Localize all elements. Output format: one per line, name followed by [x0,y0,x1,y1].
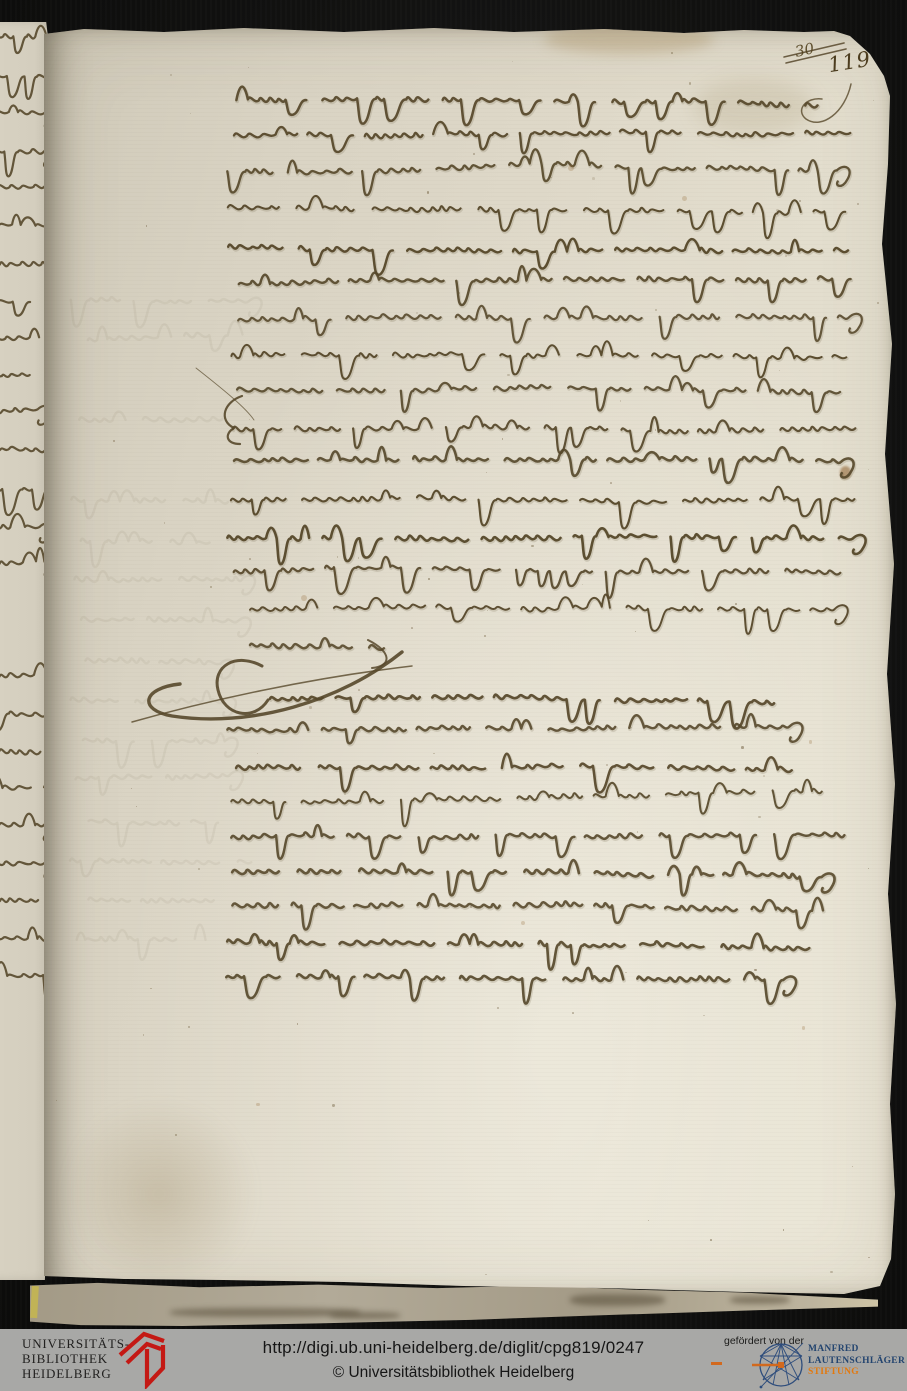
handwriting-stroke [235,447,855,484]
handwriting-stroke [71,489,228,518]
handwriting-stroke [225,396,242,444]
handwriting-stroke [232,826,845,860]
handwriting-stroke [0,663,47,677]
handwriting-stroke [0,406,51,425]
orange-dash-mark [711,1362,722,1365]
handwriting-stroke [239,307,863,344]
handwriting-stroke [228,151,850,197]
handwriting-stroke [76,771,243,795]
handwriting-stroke [88,898,213,903]
handwriting-stroke [251,596,849,635]
handwriting-stroke [0,215,48,227]
handwriting-stroke [89,820,218,847]
handwriting-stroke [240,267,852,306]
manuscript-recto-page: 30 119 [44,24,897,1304]
handwriting-stroke [233,895,824,930]
handwriting-stroke [79,412,222,423]
handwriting-stroke [217,660,268,713]
handwriting-stroke [232,781,823,827]
handwriting-stroke [233,416,856,453]
handwriting-stroke [236,87,817,127]
handwriting-stroke [81,532,210,567]
handwriting-stroke [0,373,30,395]
handwriting-stroke [250,594,848,633]
handwriting-stroke [0,329,39,357]
handwriting-stroke [237,755,793,794]
handwriting-stroke [86,658,234,679]
handwriting-stroke [237,88,818,128]
edge-smudge [570,1294,665,1306]
handwriting-stroke [229,197,846,239]
handwriting-stroke [237,376,840,412]
handwriting-stroke [239,266,851,305]
handwriting-stroke [227,934,809,970]
handwriting-stroke [238,306,862,343]
handwriting-stroke [232,488,856,530]
handwriting-stroke [88,321,243,351]
handwriting-stroke [227,967,797,1005]
digitized-manuscript-scan: 30 119 UNIVERSITÄTS- BIBLIOTHEK HEIDELBE… [0,0,907,1391]
mls-wordmark-line1: MANFRED [808,1344,905,1356]
mls-stiftung-globe-logo-icon [750,1340,812,1391]
handwriting-stroke [234,558,841,599]
handwriting-stroke [238,377,841,413]
handwriting-stroke [77,925,206,960]
handwriting-stroke [227,525,865,564]
edge-smudge [330,1312,400,1319]
mls-wordmark: MANFRED LAUTENSCHLÄGER STIFTUNG [808,1344,905,1379]
handwriting-stroke [231,487,855,529]
handwriting-stroke [0,928,47,941]
handwriting-stroke [234,446,854,483]
edge-smudge [730,1296,790,1304]
handwriting-stroke [235,123,851,154]
handwriting-stroke [233,861,835,896]
handwriting-stroke [234,557,841,598]
handwriting-stroke [228,527,866,566]
handwriting-stroke [228,935,810,971]
handwriting-stroke [0,185,45,189]
mls-wordmark-line3: STIFTUNG [808,1367,905,1379]
handwriting-stroke [83,733,238,767]
handwriting-stroke [226,966,796,1004]
footer-bar: UNIVERSITÄTS- BIBLIOTHEK HEIDELBERG http… [0,1329,907,1391]
handwriting-stroke [234,418,857,455]
handwriting-stroke [232,342,847,380]
handwriting-layer [44,24,897,1304]
mls-wordmark-line2: LAUTENSCHLÄGER [808,1356,905,1368]
handwriting-stroke [0,737,40,755]
handwriting-stroke [75,571,256,594]
handwriting-stroke [236,754,792,793]
handwriting-stroke [149,652,402,719]
handwriting-stroke [70,859,251,877]
handwriting-stroke [251,639,385,651]
handwriting-stroke [81,608,251,637]
